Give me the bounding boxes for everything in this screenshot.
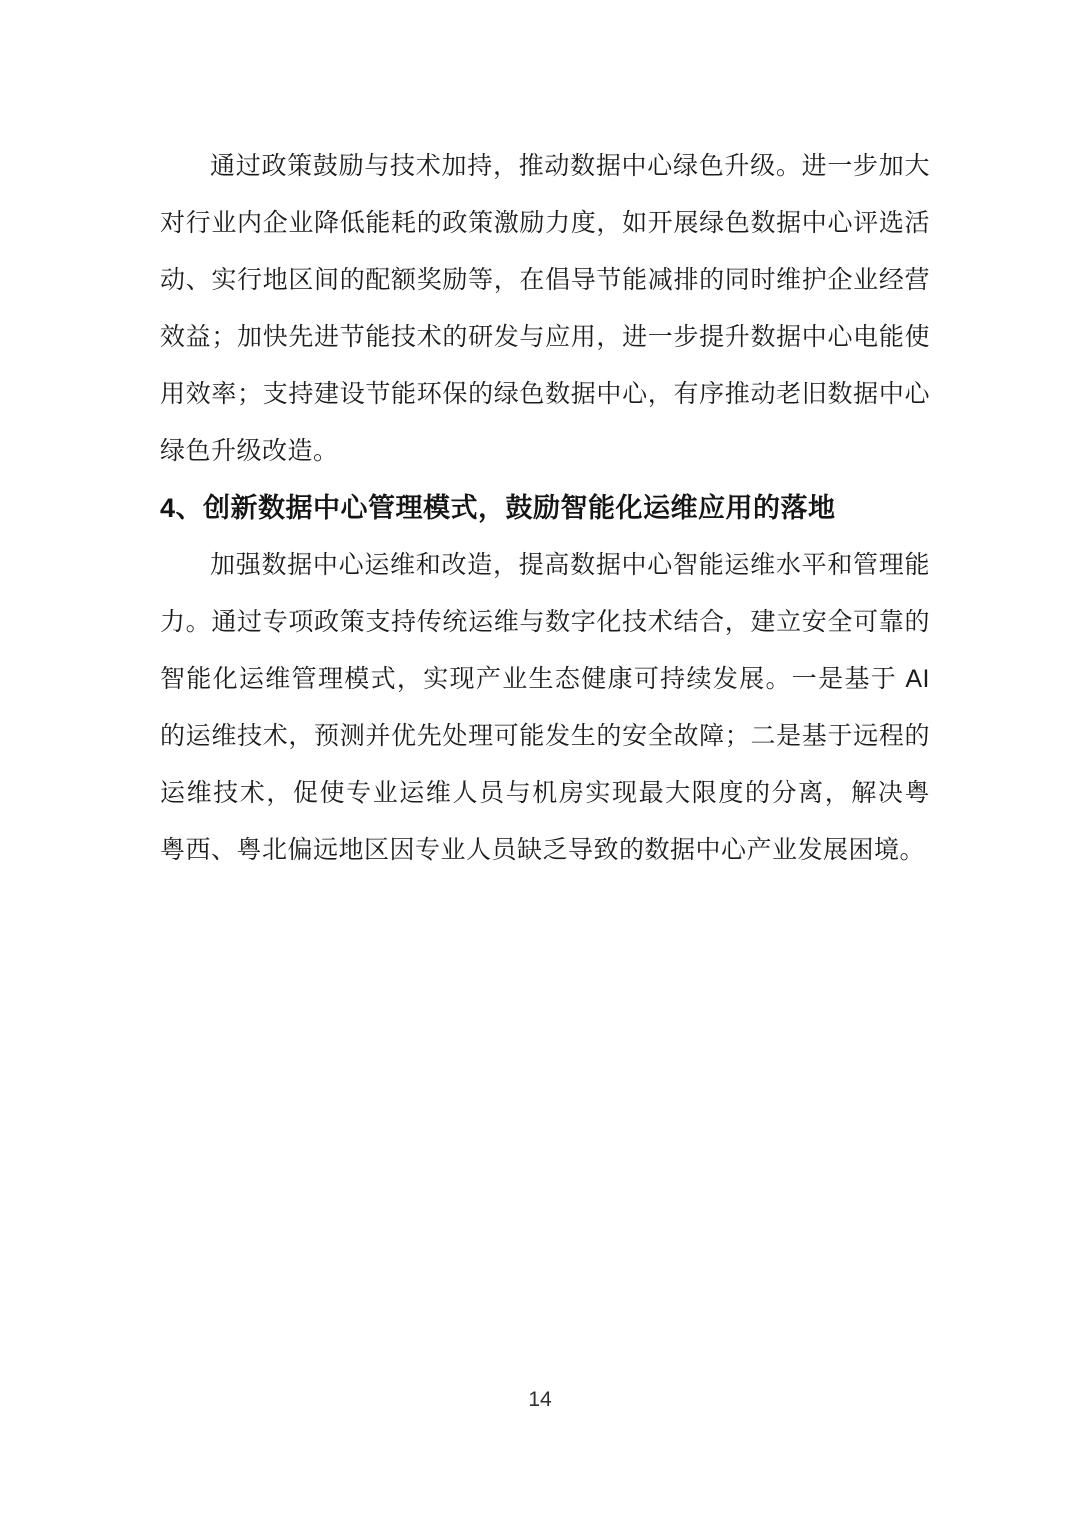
paragraph-line: 用效率；支持建设节能环保的绿色数据中心，有序推动老旧数据中心 [160, 366, 930, 423]
paragraph-line: 智能化运维管理模式，实现产业生态健康可持续发展。一是基于 AI [160, 651, 930, 708]
paragraph-line: 动、实行地区间的配额奖励等，在倡导节能减排的同时维护企业经营 [160, 252, 930, 309]
page-body: 通过政策鼓励与技术加持，推动数据中心绿色升级。进一步加大 对行业内企业降低能耗的… [160, 138, 930, 879]
paragraph-line: 效益；加快先进节能技术的研发与应用，进一步提升数据中心电能使 [160, 309, 930, 366]
paragraph-line: 通过政策鼓励与技术加持，推动数据中心绿色升级。进一步加大 [160, 138, 930, 195]
paragraph-line: 加强数据中心运维和改造，提高数据中心智能运维水平和管理能 [160, 537, 930, 594]
document-page: 通过政策鼓励与技术加持，推动数据中心绿色升级。进一步加大 对行业内企业降低能耗的… [0, 0, 1080, 1527]
paragraph-line: 绿色升级改造。 [160, 423, 930, 480]
paragraph-line: 运维技术，促使专业运维人员与机房实现最大限度的分离，解决粤东、 [160, 765, 930, 822]
paragraph-line: 对行业内企业降低能耗的政策激励力度，如开展绿色数据中心评选活 [160, 195, 930, 252]
paragraph-line: 力。通过专项政策支持传统运维与数字化技术结合，建立安全可靠的 [160, 594, 930, 651]
page-number: 14 [0, 1388, 1080, 1412]
paragraph-line: 的运维技术，预测并优先处理可能发生的安全故障；二是基于远程的 [160, 708, 930, 765]
section-heading: 4、创新数据中心管理模式，鼓励智能化运维应用的落地 [160, 480, 930, 537]
paragraph-line: 粤西、粤北偏远地区因专业人员缺乏导致的数据中心产业发展困境。 [160, 822, 930, 879]
